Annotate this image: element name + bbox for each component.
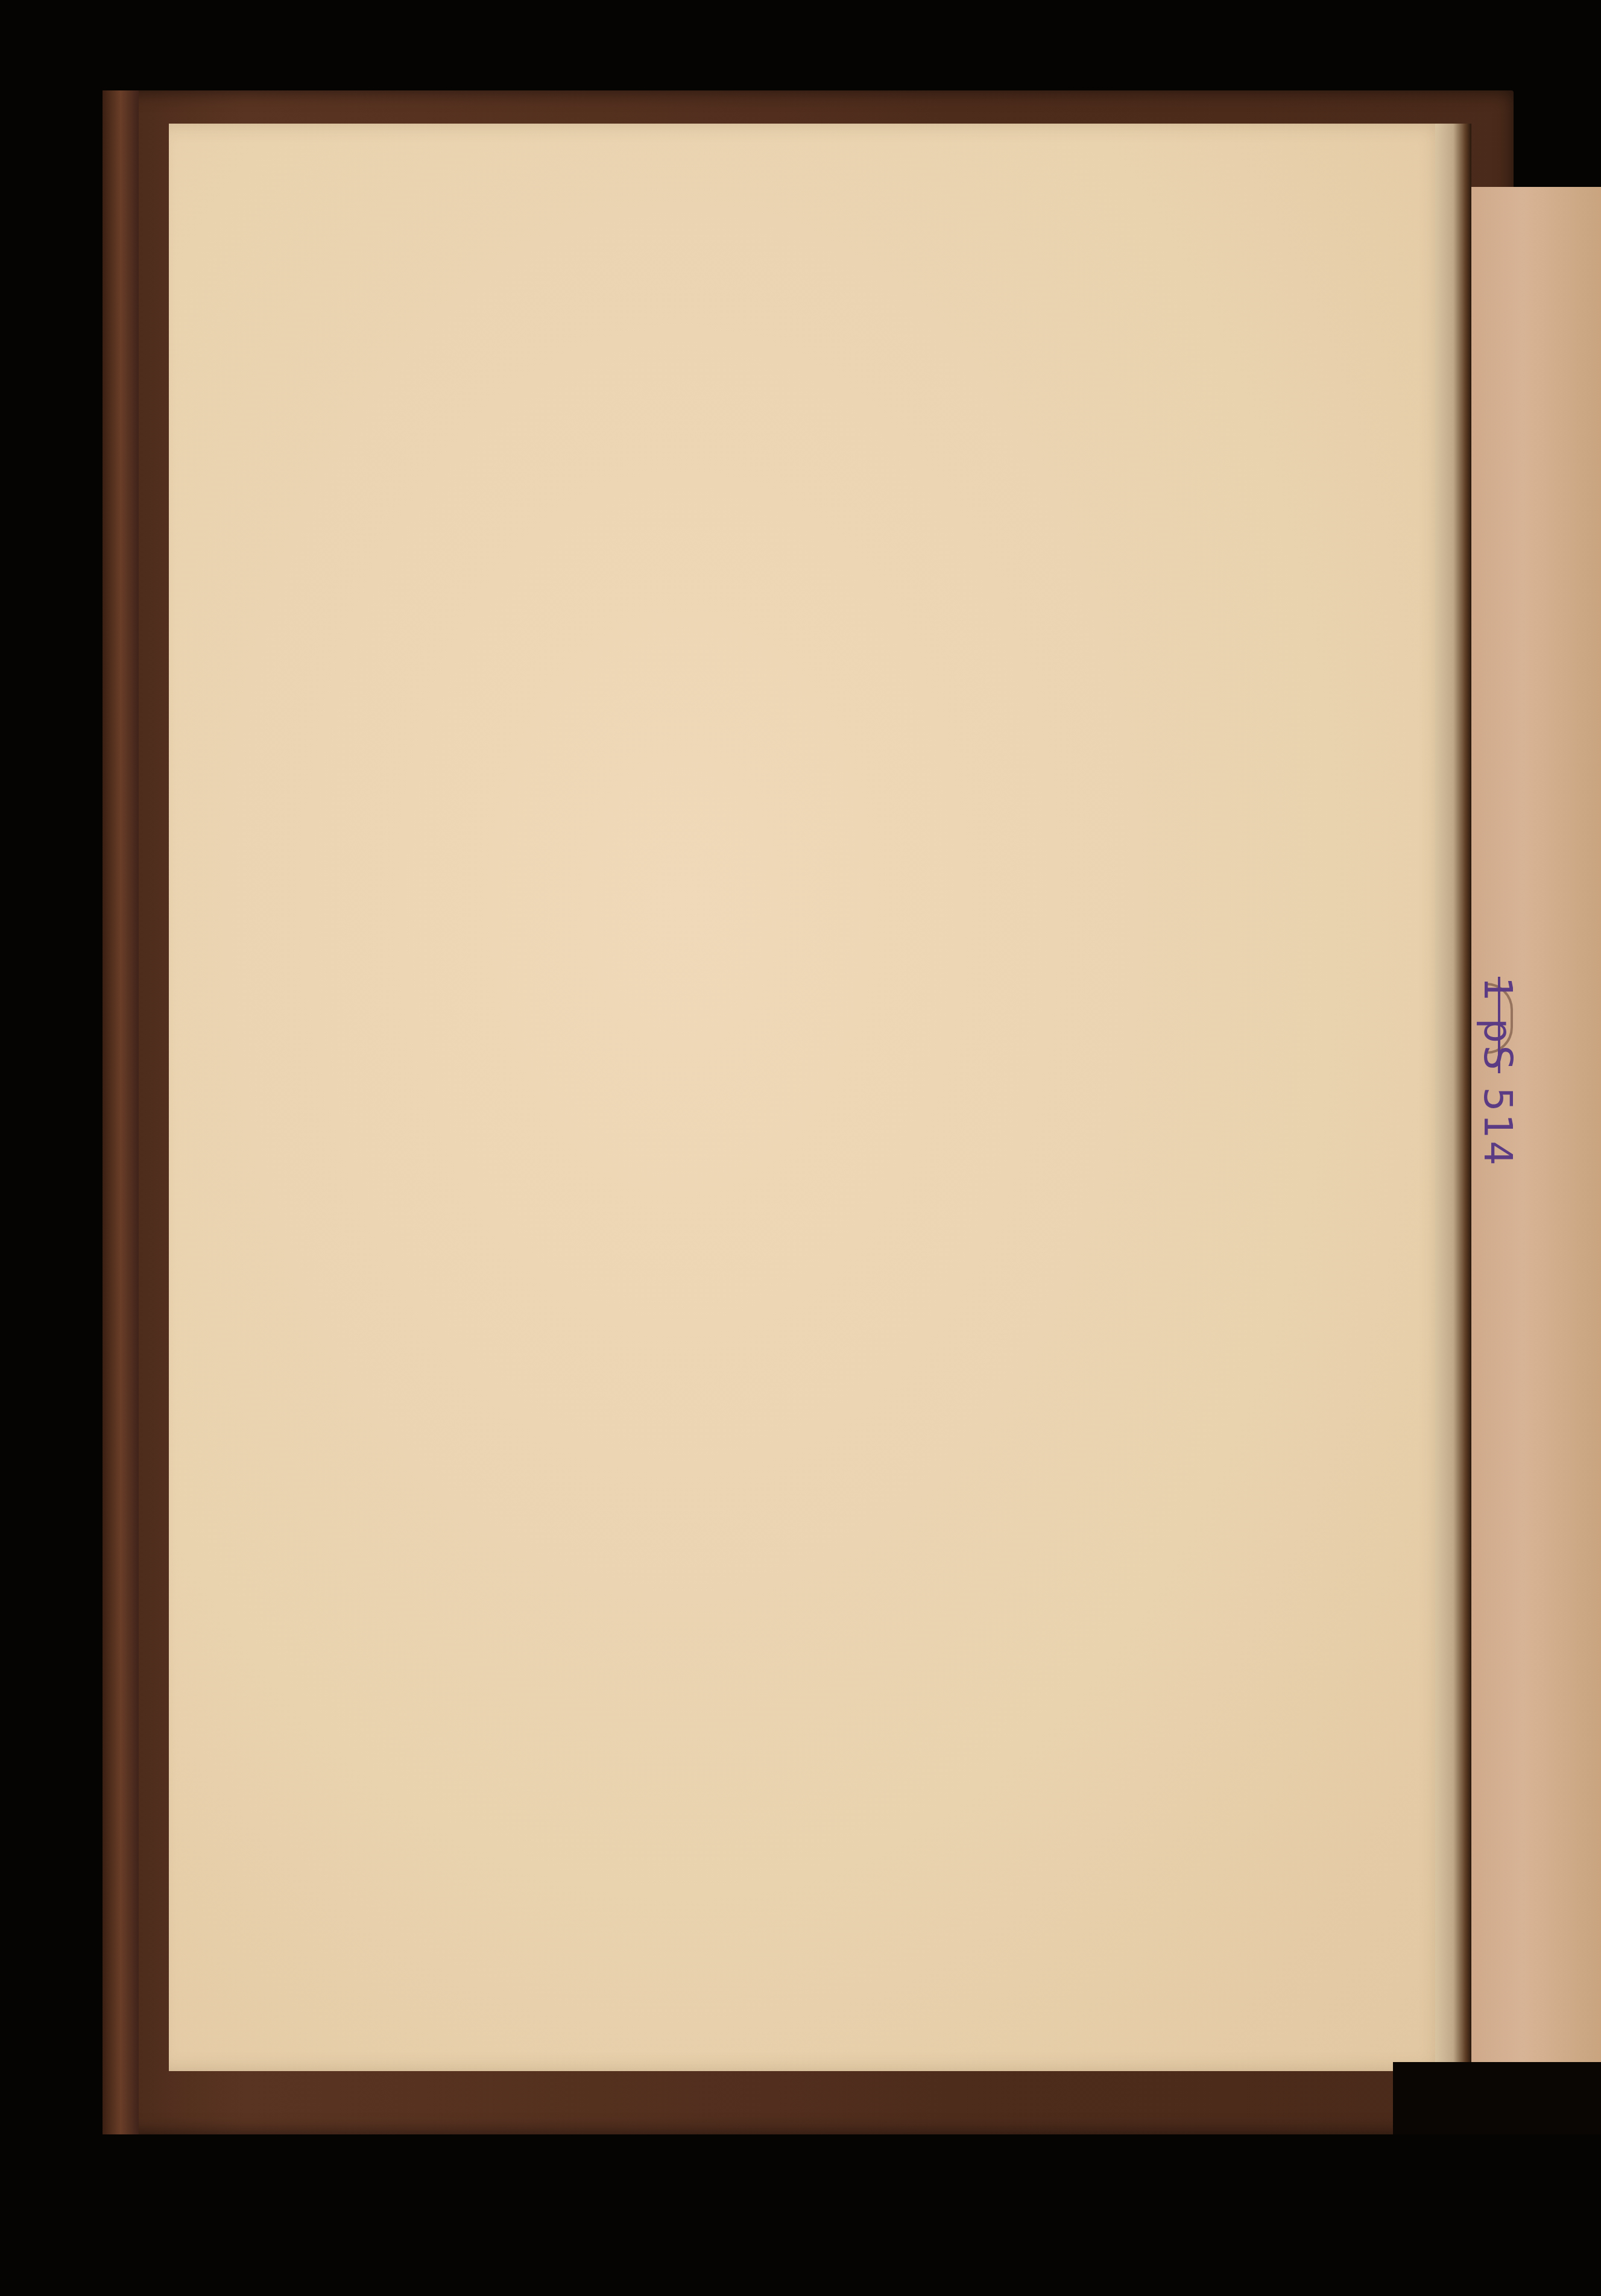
endpaper-hinge: [1435, 124, 1471, 2077]
handwritten-note-text: 1 pS 514: [1475, 977, 1520, 1168]
strike-through-line: [1498, 977, 1500, 1073]
handwritten-note: 1 pS 514: [1483, 977, 1520, 1073]
blank-endpaper: [169, 124, 1450, 2071]
shadow: [1393, 2062, 1601, 2134]
cover-edge: [103, 90, 139, 2134]
